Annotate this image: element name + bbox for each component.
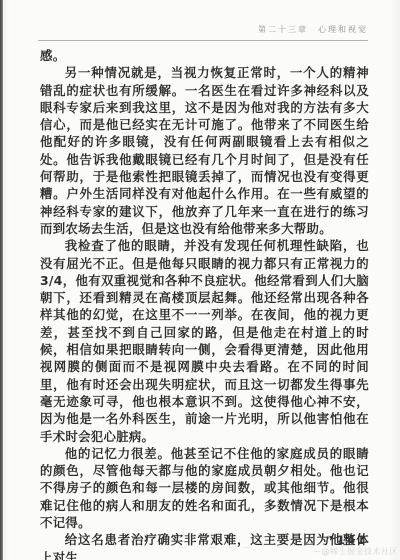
page-number: 141 xyxy=(337,533,367,547)
paragraph: 他的记忆力很差。他甚至记不住他的家庭成员的眼睛的颜色，尽管他每天都与他的家庭成员… xyxy=(40,445,369,531)
site-watermark: —@稀土掘金技术社区 xyxy=(313,546,398,557)
scan-artifact-dashes: — · — — — xyxy=(178,543,255,553)
page: 第二十三章 心理和视觉 感。 另一种情况就是，当视力恢复正常时，一个人的精神错乱… xyxy=(0,0,400,560)
running-chapter-title: 第二十三章 心理和视觉 xyxy=(258,25,368,34)
paragraph: 我检查了他的眼睛，并没有发现任何机理性缺陷，也没有屈光不正。但是他每只眼睛的视力… xyxy=(40,237,369,445)
scanned-book-page: { "header": { "chapter_title": "第二十三章 心理… xyxy=(0,0,400,560)
page-header: 第二十三章 心理和视觉 xyxy=(38,17,368,41)
header-rule xyxy=(38,40,368,41)
scan-edge-left xyxy=(0,0,3,560)
page-body: 感。 另一种情况就是，当视力恢复正常时，一个人的精神错乱的症状也有所缓解。一名医… xyxy=(40,47,369,560)
paragraph-continuation: 感。 xyxy=(40,47,369,64)
paragraph: 另一种情况就是，当视力恢复正常时，一个人的精神错乱的症状也有所缓解。一名医生在看… xyxy=(40,64,369,237)
page-ornament-icon: ❧ xyxy=(327,533,334,542)
